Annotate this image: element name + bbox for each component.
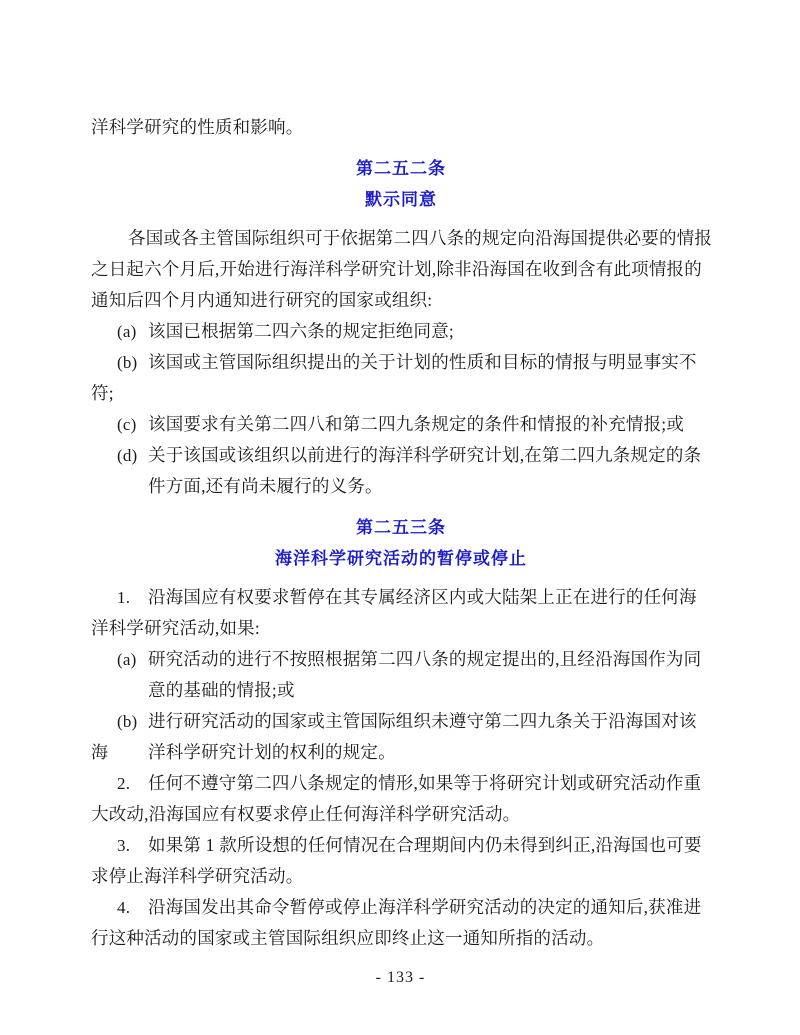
text-line: 洋科学研究活动,如果: [91, 613, 711, 644]
text-line: 4.沿海国发出其命令暂停或停止海洋科学研究活动的决定的通知后,获准进 [91, 892, 711, 923]
list-label: 1. [117, 582, 148, 613]
text-line: (a)该国已根据第二四六条的规定拒绝同意; [91, 316, 711, 347]
article-heading: 海洋科学研究活动的暂停或停止 [91, 543, 711, 574]
text-line: (a)研究活动的进行不按照根据第二四八条的规定提出的,且经沿海国作为同 [91, 644, 711, 675]
text-line: (d)关于该国或该组织以前进行的海洋科学研究计划,在第二四九条规定的条 [91, 440, 711, 471]
text-line: 大改动,沿海国应有权要求停止任何海洋科学研究活动。 [91, 799, 711, 830]
list-label: 3. [117, 830, 148, 861]
text-line: 件方面,还有尚未履行的义务。 [91, 471, 711, 502]
wrap-fragment: 海 [91, 737, 148, 768]
article-heading: 第二五二条 [91, 153, 711, 184]
text-line: 通知后四个月内通知进行研究的国家或组织: [91, 285, 711, 316]
text-line: 海洋科学研究计划的权利的规定。 [91, 737, 711, 768]
document-body: 洋科学研究的性质和影响。第二五二条默示同意各国或各主管国际组织可于依据第二四八条… [91, 112, 711, 954]
text-line: 符; [91, 378, 711, 409]
list-label: 4. [117, 892, 148, 923]
text-line: 之日起六个月后,开始进行海洋科学研究计划,除非沿海国在收到含有此项情报的 [91, 254, 711, 285]
page-number: - 133 - [91, 962, 710, 993]
text-line: 2.任何不遵守第二四八条规定的情形,如果等于将研究计划或研究活动作重 [91, 768, 711, 799]
text-line: 洋科学研究的性质和影响。 [91, 112, 711, 143]
text-line: 意的基础的情报;或 [91, 675, 711, 706]
text-line: 1.沿海国应有权要求暂停在其专属经济区内或大陆架上正在进行的任何海 [91, 582, 711, 613]
text-line: (b)该国或主管国际组织提出的关于计划的性质和目标的情报与明显事实不 [91, 347, 711, 378]
document-page: 洋科学研究的性质和影响。第二五二条默示同意各国或各主管国际组织可于依据第二四八条… [0, 0, 800, 1035]
list-label: (c) [117, 409, 148, 440]
text-line: 求停止海洋科学研究活动。 [91, 861, 711, 892]
list-label: (a) [117, 316, 148, 347]
text-line: (c)该国要求有关第二四八和第二四九条规定的条件和情报的补充情报;或 [91, 409, 711, 440]
text-line: 3.如果第 1 款所设想的任何情况在合理期间内仍未得到纠正,沿海国也可要 [91, 830, 711, 861]
article-heading: 默示同意 [91, 184, 711, 215]
text-line: 行这种活动的国家或主管国际组织应即终止这一通知所指的活动。 [91, 923, 711, 954]
list-label: (b) [117, 347, 148, 378]
article-heading: 第二五三条 [91, 512, 711, 543]
list-label: (d) [117, 440, 148, 471]
text-line: 各国或各主管国际组织可于依据第二四八条的规定向沿海国提供必要的情报 [91, 223, 711, 254]
list-label: (a) [117, 644, 148, 675]
list-label: 2. [117, 768, 148, 799]
text-line: (b)进行研究活动的国家或主管国际组织未遵守第二四九条关于沿海国对该 [91, 706, 711, 737]
list-label: (b) [117, 706, 148, 737]
